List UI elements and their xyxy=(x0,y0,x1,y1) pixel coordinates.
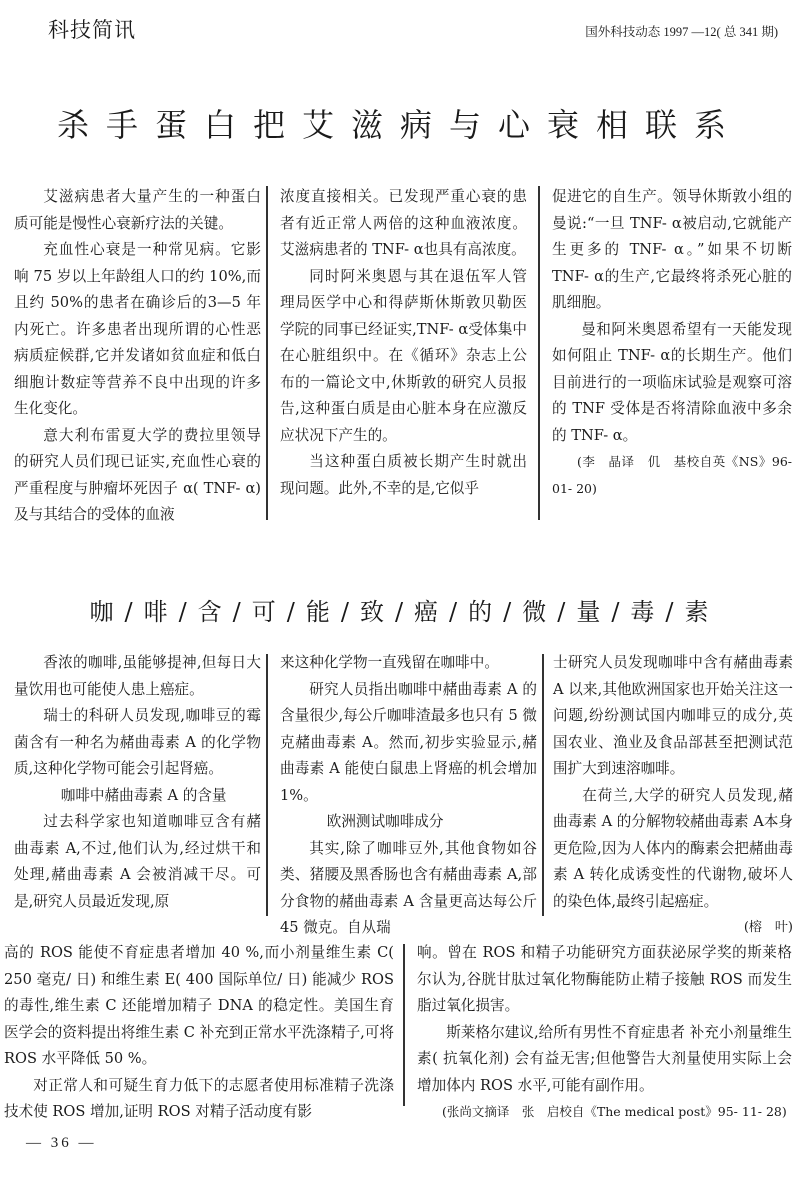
title-char: 能 xyxy=(306,598,332,626)
title-char: 含 xyxy=(198,598,224,626)
article-2-title: 咖/啡/含/可/能/致/癌/的/微/量/毒/素 xyxy=(0,592,800,627)
journal-issue-info: 国外科技动态 1997 —12( 总 341 期) xyxy=(585,22,778,40)
article-1-column-2: 浓度直接相关。已发现严重心衰的患者有近正常人两倍的这种血液浓度。艾滋病患者的 T… xyxy=(280,184,527,502)
article-2-column-1: 香浓的咖啡,虽能够提神,但每日大量饮用也可能使人患上癌症。瑞士的科研人员发现,咖… xyxy=(14,650,261,915)
page-number: — 36 — xyxy=(26,1135,97,1152)
title-char: 素 xyxy=(685,598,711,626)
subheading: 咖啡中赭曲毒素 A 的含量 xyxy=(14,783,261,810)
article-3-column-2: 响。曾在 ROS 和精子功能研究方面获泌尿学奖的斯莱格尔认为,谷胱甘肽过氧化物酶… xyxy=(417,940,792,1126)
paragraph: 充血性心衰是一种常见病。它影响 75 岁以上年龄组人口的约 10%,而且约 50… xyxy=(14,237,261,423)
title-char: 毒 xyxy=(630,598,656,626)
title-char: 微 xyxy=(522,598,548,626)
title-separator: / xyxy=(395,598,405,626)
title-separator: / xyxy=(611,598,621,626)
paragraph: 促进它的自生产。领导休斯敦小组的曼说:“一旦 TNF- α被启动,它就能产生更多… xyxy=(552,184,792,317)
column-divider xyxy=(266,654,268,916)
paragraph: 瑞士的科研人员发现,咖啡豆的霉菌含有一种名为赭曲毒素 A 的化学物质,这种化学物… xyxy=(14,703,261,783)
paragraph: 在荷兰,大学的研究人员发现,赭曲毒素 A 的分解物较赭曲毒素 A本身更危险,因为… xyxy=(553,783,793,916)
title-separator: / xyxy=(287,598,297,626)
paragraph: 研究人员指出咖啡中赭曲毒素 A 的含量很少,每公斤咖啡渣最多也只有 5 微克赭曲… xyxy=(280,677,537,810)
title-char: 咖 xyxy=(89,598,115,626)
paragraph: 曼和阿米奥恩希望有一天能发现如何阻止 TNF- α的长期生产。他们目前进行的一项… xyxy=(552,317,792,450)
paragraph: 艾滋病患者大量产生的一种蛋白质可能是慢性心衰新疗法的关键。 xyxy=(14,184,261,237)
title-separator: / xyxy=(341,598,351,626)
article-1-column-1: 艾滋病患者大量产生的一种蛋白质可能是慢性心衰新疗法的关键。充血性心衰是一种常见病… xyxy=(14,184,261,529)
title-separator: / xyxy=(124,598,134,626)
title-separator: / xyxy=(665,598,675,626)
title-char: 的 xyxy=(468,598,494,626)
source-credit: (李 晶译 仉 基校自英《NS》96- 01- 20) xyxy=(552,449,792,502)
title-char: 致 xyxy=(360,598,386,626)
title-separator: / xyxy=(503,598,513,626)
title-char: 癌 xyxy=(414,598,440,626)
article-1-column-3: 促进它的自生产。领导休斯敦小组的曼说:“一旦 TNF- α被启动,它就能产生更多… xyxy=(552,184,792,502)
paragraph: 高的 ROS 能使不育症患者增加 40 %,而小剂量维生素 C( 250 毫克/… xyxy=(4,940,394,1073)
column-divider xyxy=(266,186,268,520)
article-2-column-2: 来这种化学物一直残留在咖啡中。研究人员指出咖啡中赭曲毒素 A 的含量很少,每公斤… xyxy=(280,650,537,942)
title-char: 可 xyxy=(252,598,278,626)
paragraph: 浓度直接相关。已发现严重心衰的患者有近正常人两倍的这种血液浓度。艾滋病患者的 T… xyxy=(280,184,527,264)
source-credit: (榕 叶) xyxy=(553,915,793,942)
paragraph: 过去科学家也知道咖啡豆含有赭曲毒素 A,不过,他们认为,经过烘干和处理,赭曲毒素… xyxy=(14,809,261,915)
paragraph: 斯莱格尔建议,给所有男性不育症患者 补充小剂量维生素( 抗氧化剂) 会有益无害;… xyxy=(417,1020,792,1100)
paragraph: 对正常人和可疑生育力低下的志愿者使用标准精子洗涤技术使 ROS 增加,证明 RO… xyxy=(4,1073,394,1126)
paragraph: 其实,除了咖啡豆外,其他食物如谷类、猪腰及黑香肠也含有赭曲毒素 A,部分食物的赭… xyxy=(280,836,537,942)
paragraph: 当这种蛋白质被长期产生时就出现问题。此外,不幸的是,它似乎 xyxy=(280,449,527,502)
title-separator: / xyxy=(233,598,243,626)
paragraph: 意大利布雷夏大学的费拉里领导的研究人员们现已证实,充血性心衰的严重程度与肿瘤坏死… xyxy=(14,423,261,529)
article-2-column-3: 士研究人员发现咖啡中含有赭曲毒素 A 以来,其他欧洲国家也开始关注这一问题,纷纷… xyxy=(553,650,793,942)
article-3-column-1: 高的 ROS 能使不育症患者增加 40 %,而小剂量维生素 C( 250 毫克/… xyxy=(4,940,394,1126)
column-divider xyxy=(542,654,544,916)
paragraph: 香浓的咖啡,虽能够提神,但每日大量饮用也可能使人患上癌症。 xyxy=(14,650,261,703)
column-divider xyxy=(538,186,540,520)
title-char: 量 xyxy=(576,598,602,626)
title-separator: / xyxy=(179,598,189,626)
title-char: 啡 xyxy=(144,598,170,626)
title-separator: / xyxy=(449,598,459,626)
article-1-title: 杀手蛋白把艾滋病与心衰相联系 xyxy=(0,100,800,146)
paragraph: 来这种化学物一直残留在咖啡中。 xyxy=(280,650,537,677)
column-divider xyxy=(403,944,405,1106)
title-separator: / xyxy=(557,598,567,626)
subheading: 欧洲测试咖啡成分 xyxy=(280,809,537,836)
source-credit: (张尚文摘译 张 启校自《The medical post》95- 11- 28… xyxy=(417,1099,792,1126)
paragraph: 同时阿米奥恩与其在退伍军人管理局医学中心和得萨斯休斯敦贝勒医学院的同事已经证实,… xyxy=(280,264,527,450)
section-label: 科技简讯 xyxy=(48,14,136,44)
paragraph: 响。曾在 ROS 和精子功能研究方面获泌尿学奖的斯莱格尔认为,谷胱甘肽过氧化物酶… xyxy=(417,940,792,1020)
paragraph: 士研究人员发现咖啡中含有赭曲毒素 A 以来,其他欧洲国家也开始关注这一问题,纷纷… xyxy=(553,650,793,783)
